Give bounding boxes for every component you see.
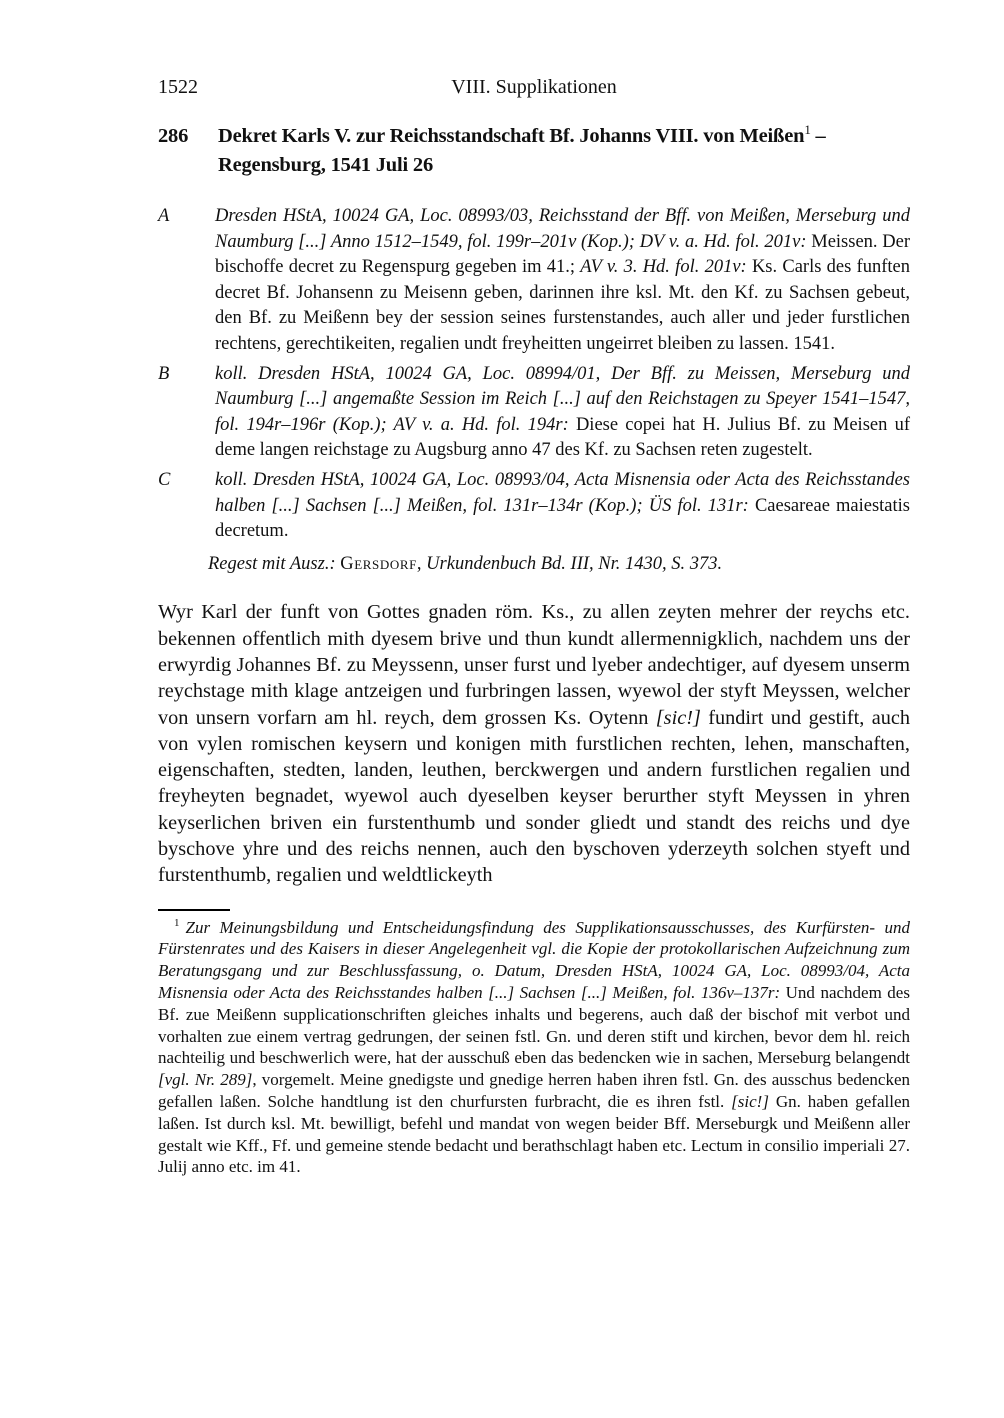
apparatus-label: B (158, 362, 215, 464)
footnote-rule (158, 909, 230, 911)
book-page: 1522 VIII. Supplikationen 286 Dekret Kar… (0, 0, 1004, 1418)
apparatus-label: C (158, 468, 215, 545)
text-run: , (417, 554, 426, 574)
entry-title-dash: – (811, 125, 826, 147)
regest-line: Regest mit Ausz.: Gersdorf, Urkundenbuch… (208, 552, 910, 578)
apparatus-item-a: A Dresden HStA, 10024 GA, Loc. 08993/03,… (158, 204, 910, 358)
entry-number: 286 (158, 122, 218, 180)
text-run: Dresden HStA, 10024 GA, Loc. 08993/03, R… (215, 206, 910, 252)
text-run: Regest mit Ausz.: (208, 554, 340, 574)
text-run: [sic!] (731, 1092, 769, 1111)
text-run: Urkundenbuch Bd. III, Nr. 1430, S. 373. (426, 554, 722, 574)
text-run: fundirt und gestift, auch von vylen romi… (158, 707, 910, 887)
footnote-content: Zur Meinungsbildung und Entscheidungsfin… (158, 918, 910, 1177)
apparatus-text: koll. Dresden HStA, 10024 GA, Loc. 08994… (215, 362, 910, 464)
footnote-marker: 1 (174, 917, 180, 929)
apparatus-label: A (158, 204, 215, 358)
page-header: 1522 VIII. Supplikationen (158, 74, 910, 102)
text-run: [vgl. Nr. 289] (158, 1070, 252, 1089)
apparatus-text: Dresden HStA, 10024 GA, Loc. 08993/03, R… (215, 204, 910, 358)
running-head: VIII. Supplikationen (158, 74, 910, 100)
apparatus-item-c: C koll. Dresden HStA, 10024 GA, Loc. 089… (158, 468, 910, 545)
apparatus-item-b: B koll. Dresden HStA, 10024 GA, Loc. 089… (158, 362, 910, 464)
text-run: Gersdorf (340, 554, 417, 574)
entry-title-line2: Regensburg, 1541 Juli 26 (218, 154, 433, 176)
entry-heading: 286 Dekret Karls V. zur Reichsstandschaf… (158, 122, 910, 180)
apparatus-section: A Dresden HStA, 10024 GA, Loc. 08993/03,… (158, 204, 910, 577)
body-paragraph: Wyr Karl der funft von Gottes gnaden röm… (158, 599, 910, 888)
text-run: [sic!] (656, 707, 701, 729)
entry-title: Dekret Karls V. zur Reichsstandschaft Bf… (218, 122, 910, 180)
footnote-1: 1Zur Meinungsbildung und Entscheidungsfi… (158, 917, 910, 1179)
apparatus-text: koll. Dresden HStA, 10024 GA, Loc. 08993… (215, 468, 910, 545)
entry-title-text: Dekret Karls V. zur Reichsstandschaft Bf… (218, 125, 804, 147)
footnote-block: 1Zur Meinungsbildung und Entscheidungsfi… (158, 909, 910, 1179)
text-run: AV v. 3. Hd. fol. 201v: (580, 257, 752, 277)
